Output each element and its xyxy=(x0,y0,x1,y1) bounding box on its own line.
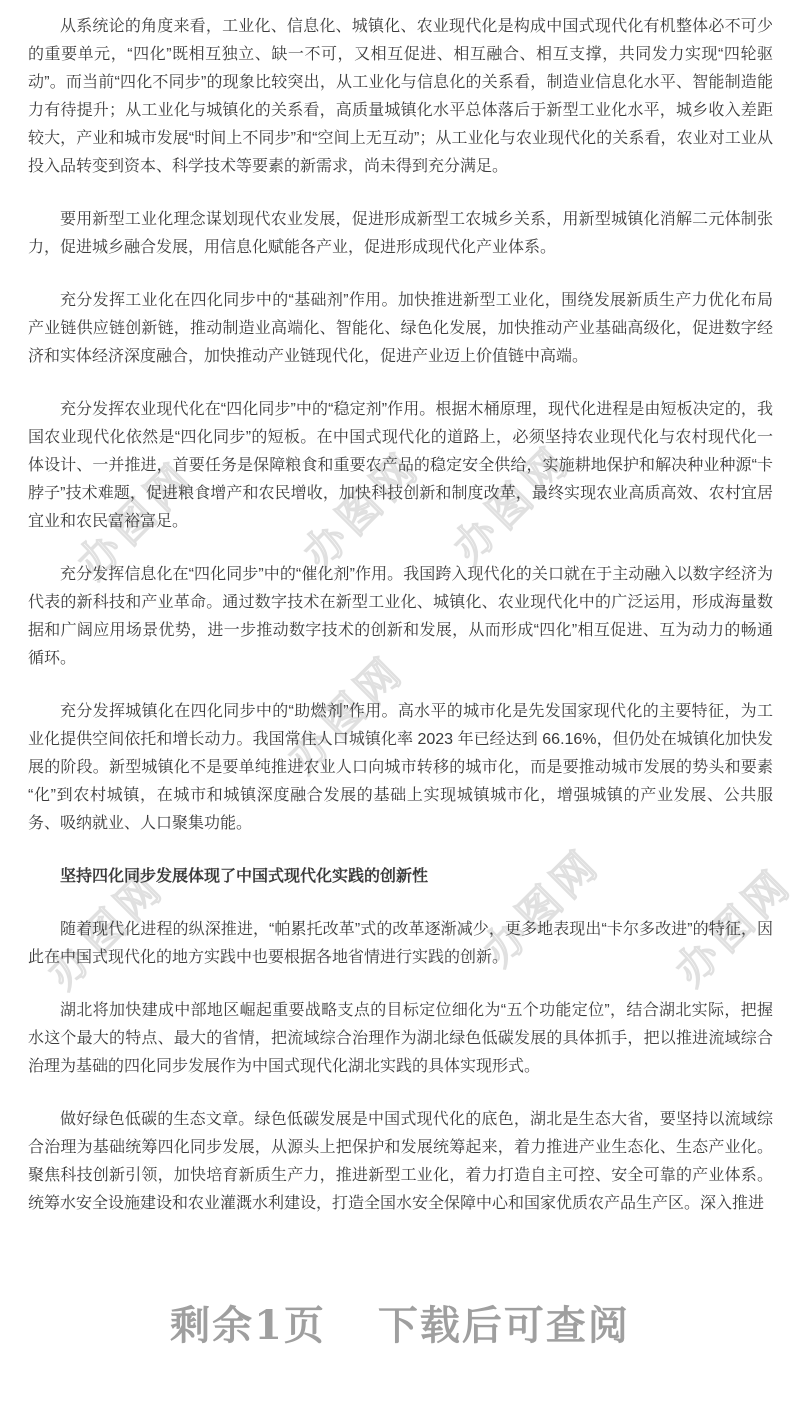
body-paragraph: 充分发挥农业现代化在“四化同步”中的“稳定剂”作用。根据木桶原理，现代化进程是由… xyxy=(28,396,773,536)
body-paragraph: 随着现代化进程的纵深推进，“帕累托改革”式的改革逐渐减少，更多地表现出“卡尔多改… xyxy=(28,916,773,972)
pages-remaining-label: 剩余1页 xyxy=(170,1302,326,1350)
download-notice: 剩余1页 下载后可查阅 xyxy=(0,1302,800,1350)
body-paragraph: 充分发挥工业化在四化同步中的“基础剂”作用。加快推进新型工业化，围绕发展新质生产… xyxy=(28,287,773,371)
body-paragraph: 从系统论的角度来看，工业化、信息化、城镇化、农业现代化是构成中国式现代化有机整体… xyxy=(28,13,773,181)
body-paragraph: 湖北将加快建成中部地区崛起重要战略支点的目标定位细化为“五个功能定位”，结合湖北… xyxy=(28,997,773,1081)
body-paragraph: 做好绿色低碳的生态文章。绿色低碳发展是中国式现代化的底色，湖北是生态大省，要坚持… xyxy=(28,1106,773,1218)
body-paragraph: 充分发挥城镇化在四化同步中的“助燃剂”作用。高水平的城市化是先发国家现代化的主要… xyxy=(28,698,773,838)
document-preview-page: 从系统论的角度来看，工业化、信息化、城镇化、农业现代化是构成中国式现代化有机整体… xyxy=(0,0,800,1218)
body-paragraph: 充分发挥信息化在“四化同步”中的“催化剂”作用。我国跨入现代化的关口就在于主动融… xyxy=(28,561,773,673)
section-heading: 坚持四化同步发展体现了中国式现代化实践的创新性 xyxy=(28,863,773,891)
download-hint-label: 下载后可查阅 xyxy=(378,1302,630,1350)
body-paragraph: 要用新型工业化理念谋划现代农业发展，促进形成新型工农城乡关系，用新型城镇化消解二… xyxy=(28,206,773,262)
